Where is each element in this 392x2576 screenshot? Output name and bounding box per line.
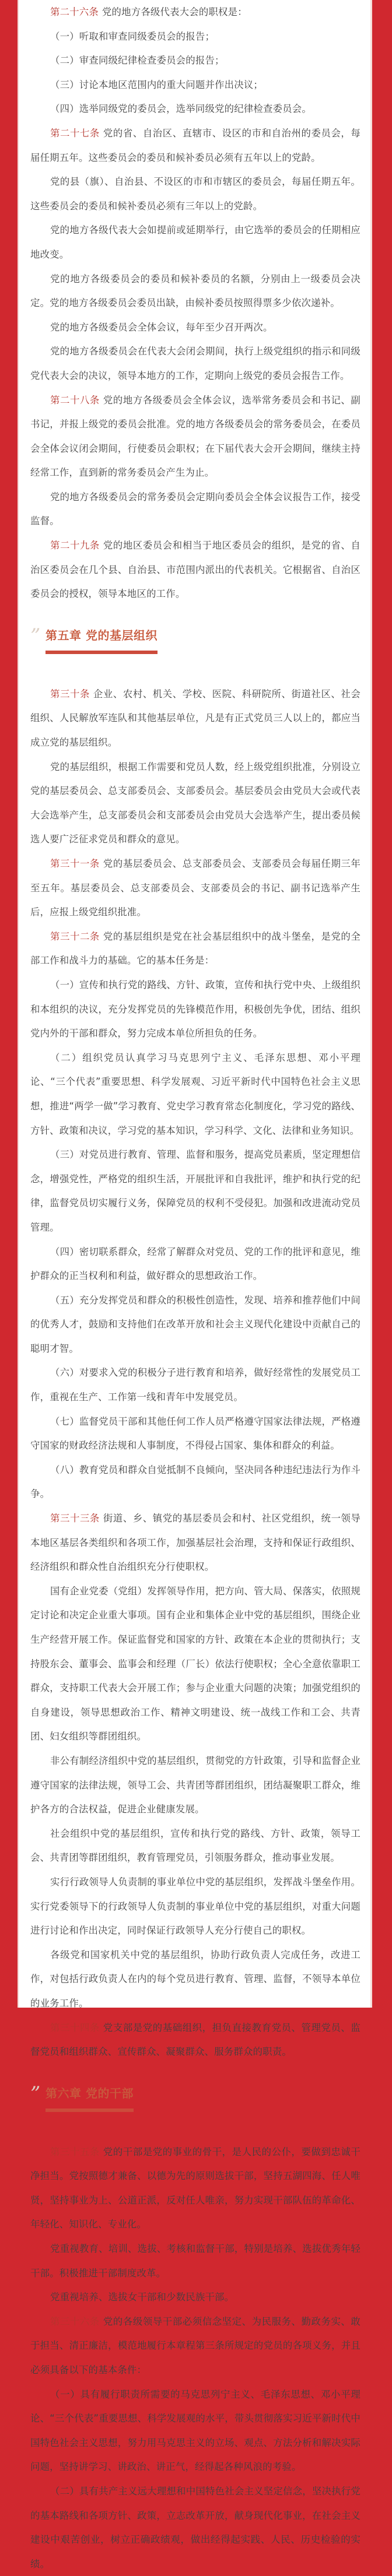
article-label: 第二十八条	[50, 395, 100, 406]
paragraph-text: （五）充分发挥党员和群众的积极性创造性，发现、培养和推荐他们中间的优秀人才，鼓励…	[30, 1295, 360, 1354]
paragraph: 党的地方各级委员会的常务委员会定期向委员会全体会议报告工作，接受监督。	[30, 485, 360, 533]
article-label: 第二十六条	[50, 6, 99, 17]
paragraph-text: 各级党和国家机关中党的基层组织，协助行政负责人完成任务，改进工作，对包括行政负责…	[30, 1949, 360, 2008]
list-item: （一）听取和审查同级委员会的报告；	[30, 24, 360, 49]
paragraph: 党的地方各级代表大会如提前或延期举行，由它选举的委员会的任期相应地改变。	[30, 218, 360, 266]
article-label: 第三十条	[50, 688, 90, 700]
paragraph: （二）组织党员认真学习马克思列宁主义、毛泽东思想、邓小平理论、“三个代表”重要思…	[30, 1046, 360, 1143]
document-content: 第二十六条党的地方各级代表大会的职权是：（一）听取和审查同级委员会的报告；（二）…	[30, 0, 360, 2008]
paragraph-text: （六）对要求入党的积极分子进行教育和培养，做好经常性的发展党员工作，重视在生产、…	[30, 1367, 360, 1403]
paragraph: （六）对要求入党的积极分子进行教育和培养，做好经常性的发展党员工作，重视在生产、…	[30, 1361, 360, 1409]
paragraph-text: （二）组织党员认真学习马克思列宁主义、毛泽东思想、邓小平理论、“三个代表”重要思…	[30, 1052, 360, 1136]
paragraph: 社会组织中党的基层组织，宣传和执行党的路线、方针、政策，领导工会、共青团等群团组…	[30, 1822, 360, 1870]
paragraph-text: （三）对党员进行教育、管理、监督和服务，提高党员素质，坚定理想信念，增强党性，严…	[30, 1149, 360, 1233]
paragraph: （八）教育党员和群众自觉抵制不良倾向，坚决同各种违纪违法行为作斗争。	[30, 1458, 360, 1506]
paragraph-text: （七）监督党员干部和其他任何工作人员严格遵守国家法律法规，严格遵守国家的财政经济…	[30, 1416, 360, 1452]
article-paragraph: 第三十三条街道、乡、镇党的基层委员会和村、社区党组织，统一领导本地区基层各类组织…	[30, 1506, 360, 1579]
list-item: （四）选举同级党的委员会，选举同级党的纪律检查委员会。	[30, 97, 360, 121]
list-item: （三）讨论本地区范围内的重大问题并作出决议；	[30, 73, 360, 97]
chapter-title: 第五章 党的基层组织	[45, 625, 157, 654]
paragraph-text: （四）选举同级党的委员会，选举同级党的纪律检查委员会。	[50, 103, 311, 114]
article-paragraph: 第二十六条党的地方各级代表大会的职权是：	[30, 0, 360, 24]
paragraph: （四）密切联系群众，经常了解群众对党员、党的工作的批评和意见，维护群众的正当权利…	[30, 1240, 360, 1288]
paragraph: 党的地方各级委员会的委员和候补委员的名额，分别由上一级委员会决定。党的地方各级委…	[30, 267, 360, 315]
article-paragraph: 第二十八条党的地方各级委员会全体会议，选举常务委员会和书记、副书记，并报上级党的…	[30, 388, 360, 485]
article-label: 第三十一条	[50, 858, 100, 869]
paragraph-text: 党的地方各级委员会的常务委员会定期向委员会全体会议报告工作，接受监督。	[30, 491, 360, 527]
paragraph: 党的县（旗）、自治县、不设区的市和市辖区的委员会，每届任期五年。这些委员会的委员…	[30, 170, 360, 218]
article-paragraph: 第二十九条党的地区委员会和相当于地区委员会的组织，是党的省、自治区委员会在几个县…	[30, 533, 360, 606]
article-paragraph: 第三十条企业、农村、机关、学校、医院、科研院所、街道社区、社会组织、人民解放军连…	[30, 682, 360, 755]
paragraph-text: 实行行政领导人负责制的事业单位中党的基层组织，发挥战斗堡垒作用。实行党委领导下的…	[30, 1876, 360, 1936]
paragraph: 非公有制经济组织中党的基层组织，贯彻党的方针政策，引导和监督企业遵守国家的法律法…	[30, 1749, 360, 1822]
paragraph-text: 社会组织中党的基层组织，宣传和执行党的路线、方针、政策，领导工会、共青团等群团组…	[30, 1828, 360, 1864]
article-paragraph: 第二十七条党的省、自治区、直辖市、设区的市和自治州的委员会，每届任期五年。这些委…	[30, 121, 360, 170]
paragraph-text: （四）密切联系群众，经常了解群众对党员、党的工作的批评和意见，维护群众的正当权利…	[30, 1246, 360, 1282]
article-paragraph: 第三十二条党的基层组织是党在社会基层组织中的战斗堡垒，是党的全部工作和战斗力的基…	[30, 925, 360, 973]
paragraph: （一）宣传和执行党的路线、方针、政策，宣传和执行党中央、上级组织和本组织的决议，…	[30, 973, 360, 1046]
quote-mark-icon: ”	[30, 626, 40, 646]
paragraph: （三）对党员进行教育、管理、监督和服务，提高党员素质，坚定理想信念，增强党性，严…	[30, 1143, 360, 1239]
paragraph-text: 党的地方各级代表大会的职权是：	[102, 6, 247, 17]
paragraph: 各级党和国家机关中党的基层组织，协助行政负责人完成任务，改进工作，对包括行政负责…	[30, 1943, 360, 2008]
paragraph-text: （八）教育党员和群众自觉抵制不良倾向，坚决同各种违纪违法行为作斗争。	[30, 1464, 360, 1500]
paragraph: 国有企业党委（党组）发挥领导作用，把方向、管大局、保落实，依照规定讨论和决定企业…	[30, 1579, 360, 1749]
article-label: 第三十三条	[50, 1513, 100, 1524]
paragraph-text: 党的地方各级委员会全体会议，每年至少召开两次。	[50, 322, 273, 333]
paragraph-text: 党的地方各级代表大会如提前或延期举行，由它选举的委员会的任期相应地改变。	[30, 224, 360, 260]
paragraph: 实行行政领导人负责制的事业单位中党的基层组织，发挥战斗堡垒作用。实行党委领导下的…	[30, 1870, 360, 1943]
paragraph-text: 非公有制经济组织中党的基层组织，贯彻党的方针政策，引导和监督企业遵守国家的法律法…	[30, 1755, 360, 1815]
paragraph-text: 党的地方各级委员会在代表大会闭会期间，执行上级党组织的指示和同级党代表大会的决议…	[30, 346, 360, 381]
paragraph: （七）监督党员干部和其他任何工作人员严格遵守国家法律法规，严格遵守国家的财政经济…	[30, 1410, 360, 1458]
paragraph-text: （一）听取和审查同级委员会的报告；	[50, 31, 215, 42]
paragraph: （五）充分发挥党员和群众的积极性创造性，发现、培养和推荐他们中间的优秀人才，鼓励…	[30, 1288, 360, 1361]
paragraph-text: 国有企业党委（党组）发挥领导作用，把方向、管大局、保落实，依照规定讨论和决定企业…	[30, 1586, 360, 1742]
article-label: 第二十七条	[50, 128, 100, 139]
chapter-heading: ”第五章 党的基层组织	[30, 625, 360, 662]
list-item: （二）审查同级纪律检查委员会的报告；	[30, 48, 360, 73]
paragraph: 党的基层组织，根据工作需要和党员人数，经上级党组织批准，分别设立党的基层委员会、…	[30, 755, 360, 852]
document-panel: 第二十六条党的地方各级代表大会的职权是：（一）听取和审查同级委员会的报告；（二）…	[17, 0, 372, 2008]
paragraph-text: 党的地方各级委员会全体会议，选举常务委员会和书记、副书记，并报上级党的委员会批准…	[30, 395, 360, 479]
paragraph-text: 党的基层组织，根据工作需要和党员人数，经上级党组织批准，分别设立党的基层委员会、…	[30, 761, 360, 845]
paragraph: 党的地方各级委员会在代表大会闭会期间，执行上级党组织的指示和同级党代表大会的决议…	[30, 339, 360, 388]
paragraph-text: 党的县（旗）、自治县、不设区的市和市辖区的委员会，每届任期五年。这些委员会的委员…	[30, 176, 360, 212]
article-paragraph: 第三十一条党的基层委员会、总支部委员会、支部委员会每届任期三年至五年。基层委员会…	[30, 852, 360, 925]
paragraph-text: （一）宣传和执行党的路线、方针、政策，宣传和执行党中央、上级组织和本组织的决议，…	[30, 979, 360, 1039]
paragraph: 党的地方各级委员会全体会议，每年至少召开两次。	[30, 315, 360, 340]
paragraph-text: 党的地方各级委员会的委员和候补委员的名额，分别由上一级委员会决定。党的地方各级委…	[30, 273, 360, 309]
article-label: 第三十二条	[50, 931, 100, 942]
paragraph-text: （二）审查同级纪律检查委员会的报告；	[50, 55, 225, 66]
article-label: 第二十九条	[50, 540, 100, 551]
paragraph-text: （三）讨论本地区范围内的重大问题并作出决议；	[50, 79, 263, 90]
